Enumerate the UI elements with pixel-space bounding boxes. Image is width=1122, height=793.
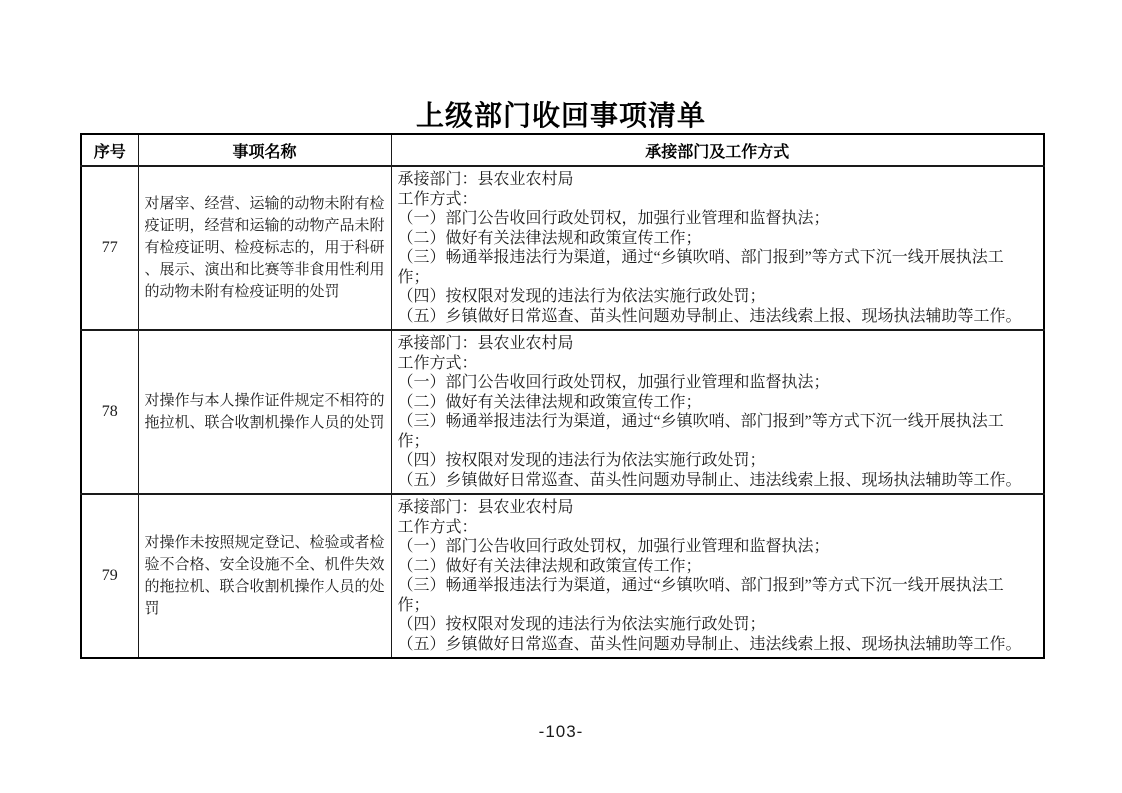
table-row: 77 对屠宰、经营、运输的动物未附有检疫证明，经营和运输的动物产品未附有检疫证明… [81, 166, 1044, 330]
column-header-serial: 序号 [81, 134, 138, 166]
work-method-item: （三）畅通举报违法行为渠道，通过“乡镇吹哨、部门报到”等方式下沉一线开展执法工作… [398, 412, 1028, 451]
item-name: 对操作未按照规定登记、检验或者检验不合格、安全设施不全、机件失效的拖拉机、联合收… [138, 494, 391, 658]
work-method-item: （一）部门公告收回行政处罚权，加强行业管理和监督执法； [398, 373, 1028, 393]
work-method-item: （五）乡镇做好日常巡查、苗头性问题劝导制止、违法线索上报、现场执法辅助等工作。 [398, 471, 1028, 491]
serial-number: 78 [81, 330, 138, 494]
work-method-item: （五）乡镇做好日常巡查、苗头性问题劝导制止、违法线索上报、现场执法辅助等工作。 [398, 307, 1028, 327]
work-method-item: （一）部门公告收回行政处罚权，加强行业管理和监督执法； [398, 537, 1028, 557]
document-page: 上级部门收回事项清单 序号 事项名称 承接部门及工作方式 77 对屠宰、经营、运… [0, 0, 1122, 793]
work-method-item: （四）按权限对发现的违法行为依法实施行政处罚； [398, 287, 1028, 307]
column-header-item-name: 事项名称 [138, 134, 391, 166]
work-method-item: （四）按权限对发现的违法行为依法实施行政处罚； [398, 451, 1028, 471]
work-method-label: 工作方式： [398, 190, 1028, 210]
work-method-item: （二）做好有关法律法规和政策宣传工作； [398, 393, 1028, 413]
work-method-item: （三）畅通举报违法行为渠道，通过“乡镇吹哨、部门报到”等方式下沉一线开展执法工作… [398, 576, 1028, 615]
department-line: 承接部门：县农业农村局 [398, 498, 1028, 518]
serial-number: 79 [81, 494, 138, 658]
department-method-cell: 承接部门：县农业农村局 工作方式： （一）部门公告收回行政处罚权，加强行业管理和… [391, 166, 1044, 330]
item-name: 对操作与本人操作证件规定不相符的拖拉机、联合收割机操作人员的处罚 [138, 330, 391, 494]
work-method-item: （三）畅通举报违法行为渠道，通过“乡镇吹哨、部门报到”等方式下沉一线开展执法工作… [398, 248, 1028, 287]
department-method-cell: 承接部门：县农业农村局 工作方式： （一）部门公告收回行政处罚权，加强行业管理和… [391, 330, 1044, 494]
department-method-cell: 承接部门：县农业农村局 工作方式： （一）部门公告收回行政处罚权，加强行业管理和… [391, 494, 1044, 658]
item-name: 对屠宰、经营、运输的动物未附有检疫证明，经营和运输的动物产品未附有检疫证明、检疫… [138, 166, 391, 330]
table-header-row: 序号 事项名称 承接部门及工作方式 [81, 134, 1044, 166]
work-method-item: （四）按权限对发现的违法行为依法实施行政处罚； [398, 615, 1028, 635]
page-title: 上级部门收回事项清单 [0, 94, 1122, 134]
work-method-item: （二）做好有关法律法规和政策宣传工作； [398, 557, 1028, 577]
work-method-label: 工作方式： [398, 354, 1028, 374]
serial-number: 77 [81, 166, 138, 330]
table-row: 78 对操作与本人操作证件规定不相符的拖拉机、联合收割机操作人员的处罚 承接部门… [81, 330, 1044, 494]
page-number: -103- [0, 722, 1122, 742]
work-method-item: （五）乡镇做好日常巡查、苗头性问题劝导制止、违法线索上报、现场执法辅助等工作。 [398, 635, 1028, 655]
column-header-department-method: 承接部门及工作方式 [391, 134, 1044, 166]
table-row: 79 对操作未按照规定登记、检验或者检验不合格、安全设施不全、机件失效的拖拉机、… [81, 494, 1044, 658]
work-method-item: （一）部门公告收回行政处罚权，加强行业管理和监督执法； [398, 209, 1028, 229]
work-method-item: （二）做好有关法律法规和政策宣传工作； [398, 229, 1028, 249]
department-line: 承接部门：县农业农村局 [398, 170, 1028, 190]
reclaimed-items-table: 序号 事项名称 承接部门及工作方式 77 对屠宰、经营、运输的动物未附有检疫证明… [80, 133, 1045, 659]
work-method-label: 工作方式： [398, 518, 1028, 538]
department-line: 承接部门：县农业农村局 [398, 334, 1028, 354]
